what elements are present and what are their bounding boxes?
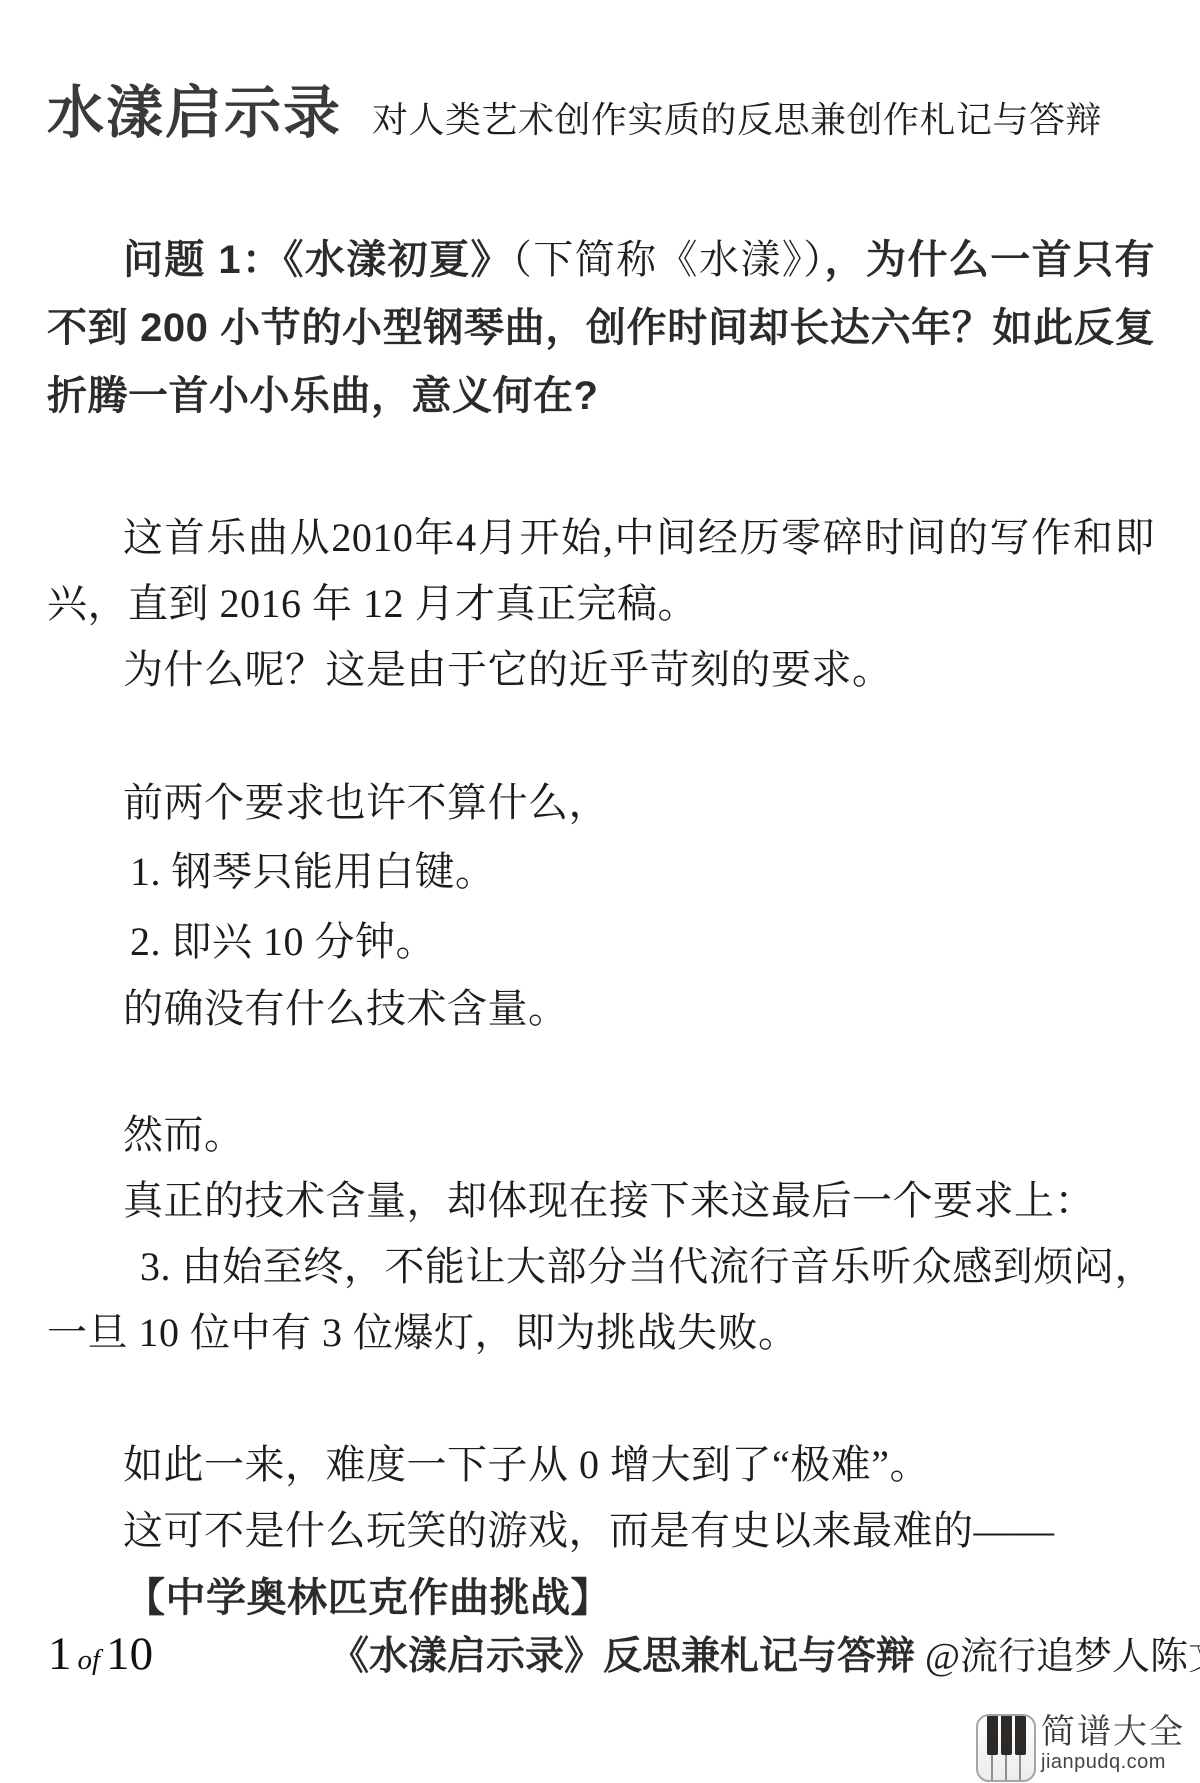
paragraph-no-tech: 的确没有什么技术含量。 bbox=[47, 976, 1155, 1042]
paragraph-not-joke: 这可不是什么玩笑的游戏，而是有史以来最难的—— bbox=[47, 1498, 1155, 1564]
header: 水漾启示录 对人类艺术创作实质的反思兼创作札记与答辩 bbox=[47, 78, 1155, 148]
list-item-rule-1: 1. 钢琴只能用白键。 bbox=[130, 838, 1155, 906]
page-subtitle: 对人类艺术创作实质的反思兼创作札记与答辩 bbox=[372, 92, 1102, 143]
page-title: 水漾启示录 bbox=[47, 78, 342, 148]
footer-doc-label: 《水漾启示录》反思兼札记与答辩@流行追梦人陈文戈 bbox=[330, 1634, 1200, 1680]
page-of-label: of bbox=[72, 1644, 107, 1676]
piano-keys-icon bbox=[976, 1714, 1036, 1782]
page-total: 10 bbox=[106, 1628, 153, 1680]
black-key bbox=[1015, 1716, 1026, 1755]
paragraph-real-tech: 真正的技术含量，却体现在接下来这最后一个要求上： bbox=[47, 1168, 1155, 1234]
document-page: 水漾启示录 对人类艺术创作实质的反思兼创作札记与答辩 问题 1：《水漾初夏》（下… bbox=[0, 0, 1200, 1783]
list-item-rule-2: 2. 即兴 10 分钟。 bbox=[130, 908, 1155, 976]
list-item-rule-3: 3. 由始至终，不能让大部分当代流行音乐听众感到烦闷，一旦 10 位中有 3 位… bbox=[47, 1234, 1155, 1366]
black-key bbox=[1001, 1716, 1012, 1755]
footer-doc-title: 《水漾启示录》反思兼札记与答辩 bbox=[330, 1635, 915, 1678]
paragraph-question-1: 问题 1：《水漾初夏》（下简称《水漾》），为什么一首只有不到 200 小节的小型… bbox=[47, 226, 1155, 430]
page-current: 1 bbox=[48, 1628, 72, 1680]
paragraph-however: 然而。 bbox=[47, 1102, 1155, 1168]
black-key bbox=[987, 1716, 998, 1755]
paragraph-first-two-rules: 前两个要求也许不算什么， bbox=[47, 770, 1155, 836]
question-paren-note: （下简称《水漾》） bbox=[512, 237, 825, 282]
footer-page-number: 1of10 bbox=[48, 1628, 153, 1686]
paragraph-why: 为什么呢？这是由于它的近乎苛刻的要求。 bbox=[47, 637, 1155, 703]
site-url: jianpudq.com bbox=[1041, 1750, 1185, 1774]
page-content: 水漾启示录 对人类艺术创作实质的反思兼创作札记与答辩 问题 1：《水漾初夏》（下… bbox=[0, 0, 1200, 1632]
paragraph-origin: 这首乐曲从2010年4月开始,中间经历零碎时间的写作和即兴，直到 2016 年 … bbox=[47, 505, 1155, 637]
footer-author: @流行追梦人陈文戈 bbox=[915, 1636, 1200, 1678]
watermark-logo: 简谱大全 jianpudq.com bbox=[976, 1714, 1185, 1782]
paragraph-challenge-name: 【中学奥林匹克作曲挑战】 bbox=[47, 1564, 1155, 1632]
paragraph-difficulty: 如此一来，难度一下子从 0 增大到了“极难”。 bbox=[47, 1432, 1155, 1498]
watermark-text: 简谱大全 jianpudq.com bbox=[1041, 1714, 1185, 1774]
question-lead: 问题 1：《水漾初夏》 bbox=[123, 238, 512, 282]
site-name: 简谱大全 bbox=[1041, 1714, 1185, 1750]
